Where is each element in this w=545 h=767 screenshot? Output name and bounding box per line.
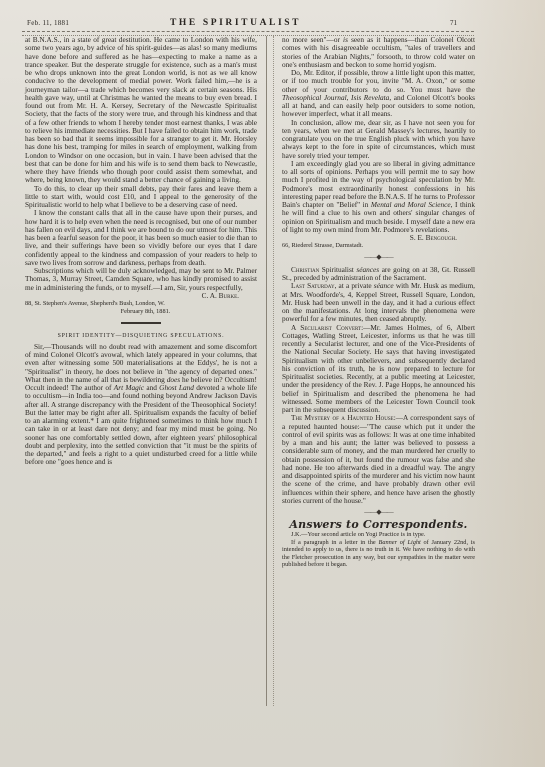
signature: S. E. Bengough. bbox=[282, 234, 475, 242]
left-column: at B.N.A.S., in a state of great destitu… bbox=[25, 36, 257, 467]
paragraph: I am exceedingly glad you are so liberal… bbox=[282, 160, 475, 234]
right-column: no more seen"—or is seen as it happens—t… bbox=[282, 36, 475, 568]
paragraph: at B.N.A.S., in a state of great destitu… bbox=[25, 36, 257, 185]
answer-item: If a paragraph in a letter in the Banner… bbox=[282, 539, 475, 569]
answers-heading: Answers to Correspondents. bbox=[282, 521, 475, 529]
paragraph: no more seen"—or is seen as it happens—t… bbox=[282, 36, 475, 69]
paragraph: In conclusion, allow me, dear sir, as I … bbox=[282, 119, 475, 160]
page-number: 71 bbox=[450, 19, 457, 27]
page-header: Feb. 11, 1881 THE SPIRITUALIST 71 bbox=[27, 19, 477, 31]
dateline: February 8th, 1881. bbox=[25, 308, 257, 316]
paragraph: Subscriptions which will be duly acknowl… bbox=[25, 267, 257, 292]
paragraph: Sir,—Thousands will no doubt read with a… bbox=[25, 343, 257, 467]
paragraph: I know the constant calls that all in th… bbox=[25, 209, 257, 267]
ornament-divider: ——◆—— bbox=[282, 508, 475, 517]
paragraph: The Mystery of a Haunted House:—A corres… bbox=[282, 414, 475, 505]
paragraph: To do this, to clear up their small debt… bbox=[25, 185, 257, 210]
section-heading: SPIRIT IDENTITY—DISQUIETING SPECULATIONS… bbox=[25, 332, 257, 340]
issue-date: Feb. 11, 1881 bbox=[27, 19, 69, 27]
paragraph: A Secularist Convert:—Mr. James Holmes, … bbox=[282, 324, 475, 415]
signature: C. A. Burke. bbox=[25, 292, 257, 300]
publication-title: THE SPIRITUALIST bbox=[170, 18, 301, 28]
address: 88, St. Stephen's Avenue, Shepherd's Bus… bbox=[25, 300, 257, 308]
ornament-divider: ——◆—— bbox=[282, 253, 475, 262]
column-divider bbox=[266, 36, 274, 706]
paragraph: Last Saturday, at a private séance with … bbox=[282, 282, 475, 323]
paragraph: Christian Spiritualist séances are going… bbox=[282, 266, 475, 283]
section-divider bbox=[121, 322, 161, 324]
address: 66, Riederel Strasse, Darmstadt. bbox=[282, 242, 475, 250]
answer-item: J.K.—Your second article on Yogi Practic… bbox=[282, 531, 475, 538]
paragraph: Do, Mr. Editor, if possible, throw a lit… bbox=[282, 69, 475, 119]
